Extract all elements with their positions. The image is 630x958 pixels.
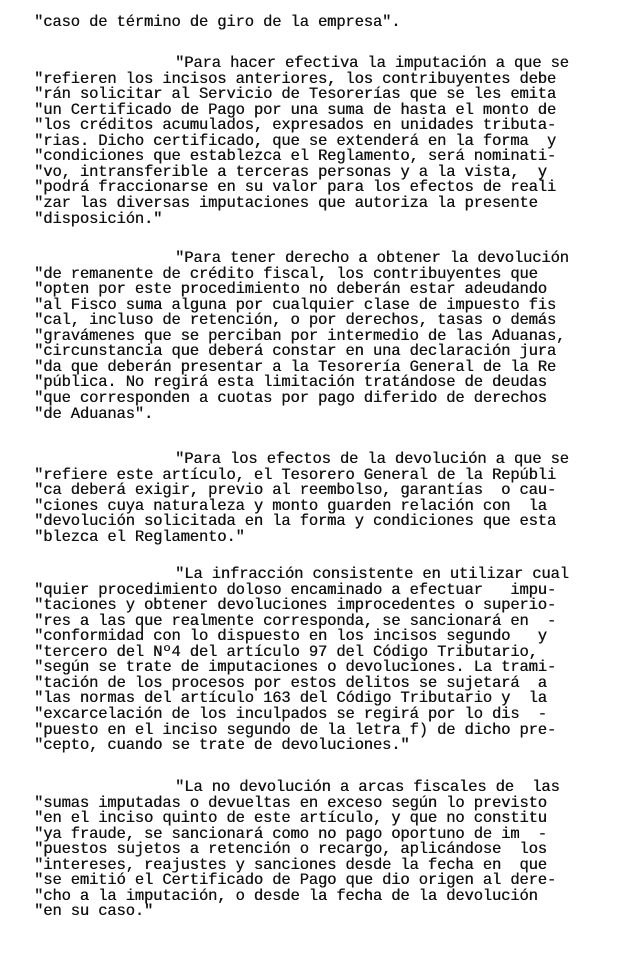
paragraph-line: "según se trate de imputaciones o devolu… [34,659,556,675]
paragraph-first-line: "La no devolución a arcas fiscales de la… [175,779,560,795]
paragraph-line: "puestos sujetos a retención o recargo, … [34,841,547,857]
paragraph-first-line: "Para los efectos de la devolución a que… [175,451,569,467]
paragraph-line: "que corresponden a cuotas por pago dife… [34,390,547,406]
paragraph-line: "en el inciso quinto de este artículo, y… [34,810,547,826]
paragraph-first-line: "Para hacer efectiva la imputación a que… [175,55,569,71]
paragraph-line: "opten por este procedimiento no deberán… [34,281,547,297]
paragraph-line: "taciones y obtener devoluciones improce… [34,597,556,613]
paragraph-line: "se emitió el Certificado de Pago que di… [34,872,556,888]
paragraph-line: "ca deberá exigir, previo al reembolso, … [34,482,556,498]
paragraph-line: "condiciones que establezca el Reglament… [34,148,556,164]
paragraph-line: "cepto, cuando se trate de devoluciones.… [34,737,409,753]
paragraph-line: "circunstancia que deberá constar en una… [34,343,556,359]
paragraph-line: "disposición." [34,211,162,227]
paragraph-first-line: "La infracción consistente en utilizar c… [175,566,569,582]
paragraph-line: "las normas del artículo 163 del Código … [34,690,547,706]
paragraph-line: "zar las diversas imputaciones que autor… [34,195,538,211]
paragraph-line: "blezca el Reglamento." [34,529,245,545]
paragraph-line: "conformidad con lo dispuesto en los inc… [34,628,547,644]
paragraph-line: "rán solicitar al Servicio de Tesorerías… [34,86,556,102]
paragraph-line: "devolución solicitada en la forma y con… [34,513,556,529]
paragraph-line: "podrá fraccionarse en su valor para los… [34,179,556,195]
paragraph-line: "de Aduanas". [34,406,153,422]
paragraph-line: "en su caso." [34,903,153,919]
paragraph-first-line: "Para tener derecho a obtener la devoluc… [175,250,569,266]
paragraph-line: "cal, incluso de retención, o por derech… [34,312,556,328]
paragraph-line: "los créditos acumulados, expresados en … [34,117,556,133]
paragraph-line: "pública. No regirá esta limitación trat… [34,374,547,390]
opening-line: "caso de término de giro de la empresa". [34,14,400,30]
paragraph-line: "excarcelación de los inculpados se regi… [34,706,547,722]
document-page: "caso de término de giro de la empresa".… [0,0,630,958]
